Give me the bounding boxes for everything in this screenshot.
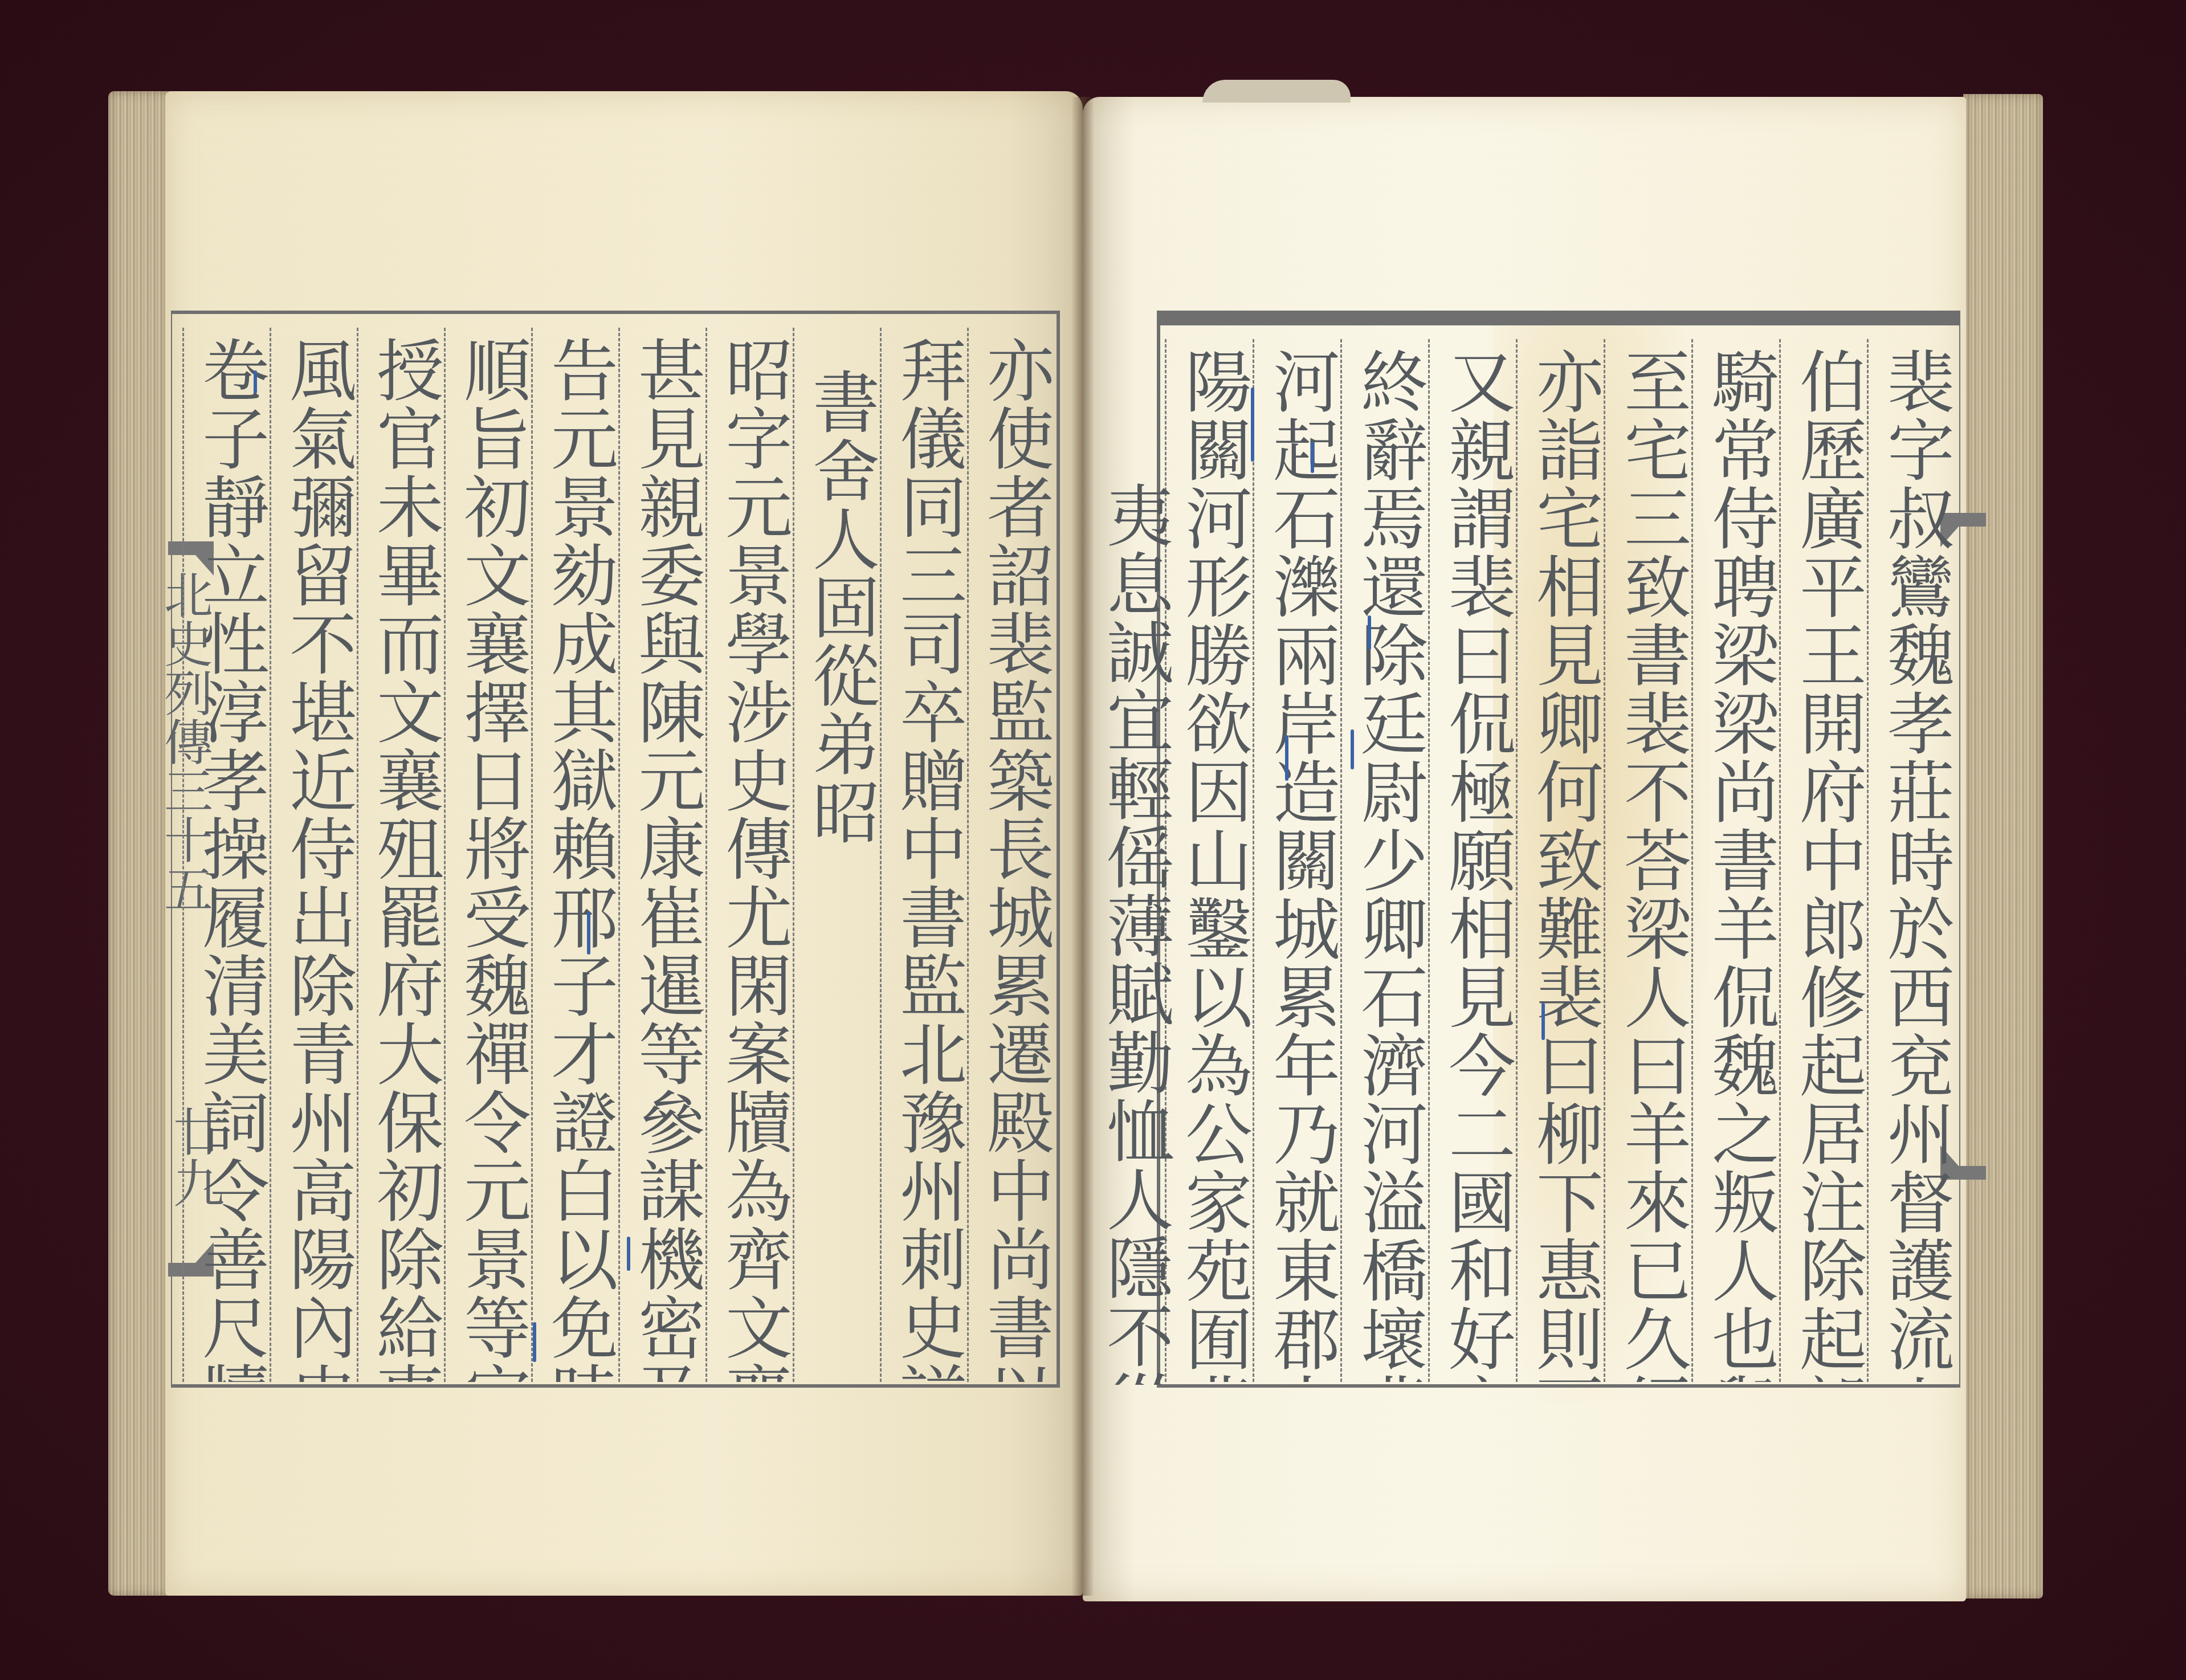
text-column: 河起石濼兩岸造關城累年乃就東郡太守陸士佩以黎 <box>1253 339 1340 1382</box>
text-column: 裴字叔鸞魏孝莊時於西兗州督護流人有功賜爵方城 <box>1867 339 1955 1382</box>
text-column: 陽關河形勝欲因山鑿以為公家苑囿裴書荅以國步始 <box>1165 339 1253 1382</box>
text-column: 終辭焉還除廷尉少卿石濟河溢橋壞裴移津於白馬中 <box>1340 339 1428 1382</box>
text-column: 騎常侍聘梁梁尚書羊侃魏之叛人也與裴舊故欲召裴 <box>1691 339 1779 1382</box>
text-column: 又親謂裴曰侃極願相見今二國和好安得復論彼此裴 <box>1428 339 1516 1382</box>
text-column: 甚見親委與陳元康崔暹等參謀機密及崔陵為崔暹所 <box>618 328 705 1382</box>
text-column: 順旨初文襄擇日將受魏禪令元景等定儀注草詔冊并 <box>444 328 531 1382</box>
right-page-carryover: 夷息誠宜輕傜薄賦勤恤人隱不從天保 <box>1083 473 1174 1385</box>
text-column: 至宅三致書裴不荅梁人曰羊來已久經貴朝遷革李盧 <box>1604 339 1691 1382</box>
text-column: 昭字元景學涉史傳尤閑案牘為齊文襄府墨曹參軍 <box>705 328 793 1382</box>
blue-ink-mark <box>1285 735 1288 781</box>
text-column: 夷息誠宜輕傜薄賦勤恤人隱不從天保 <box>1088 473 1174 1385</box>
text-column: 告元景劾成其獄賴邢子才證白以免時以元景為告而 <box>531 328 618 1382</box>
text-column: 授官未畢而文襄殂罷府大保初除給事黃門侍郎後以 <box>357 328 444 1382</box>
right-page-text: 裴字叔鸞魏孝莊時於西兗州督護流人有功賜爵方城 伯歷廣平王開府中郎修起居注除起部郎… <box>1163 339 1955 1382</box>
blue-ink-mark <box>1368 615 1371 650</box>
text-column: 拜儀同三司卒贈中書監北豫州刺史謚曰簡子師孝中 <box>880 328 967 1382</box>
text-column: 書舍人固從弟昭 <box>793 328 880 1382</box>
blue-ink-mark <box>533 1322 536 1362</box>
text-column: 亦使者詔裴監築長城累遷殿中尚書以本官監瀛州事 <box>967 328 1054 1382</box>
blue-ink-mark <box>1311 442 1314 473</box>
text-column: 風氣彌留不堪近侍出除青州高陽內史卒於郡文集十 <box>270 328 357 1382</box>
blue-ink-mark <box>1351 729 1354 769</box>
text-column: 亦詣宅相見卿何致難裴曰柳下惠則可吾不可梁武帝 <box>1516 339 1604 1382</box>
blue-ink-mark <box>1541 1003 1545 1040</box>
torn-paper-tab <box>1202 80 1351 103</box>
blue-ink-mark <box>627 1237 630 1271</box>
blue-ink-mark <box>254 370 257 393</box>
blue-ink-mark <box>587 912 590 955</box>
right-page-stack-edge <box>1963 94 2043 1599</box>
left-page-text: 亦使者詔裴監築長城累遷殿中尚書以本官監瀛州事 拜儀同三司卒贈中書監北豫州刺史謚曰… <box>182 328 1054 1382</box>
text-column: 伯歷廣平王開府中郎修起居注除起部郎中兼通直散 <box>1779 339 1867 1382</box>
text-column: 卷子靜立性淳孝操履清美詞令善尺牘任齊位三公 <box>182 328 270 1382</box>
blue-ink-mark <box>1251 388 1254 462</box>
